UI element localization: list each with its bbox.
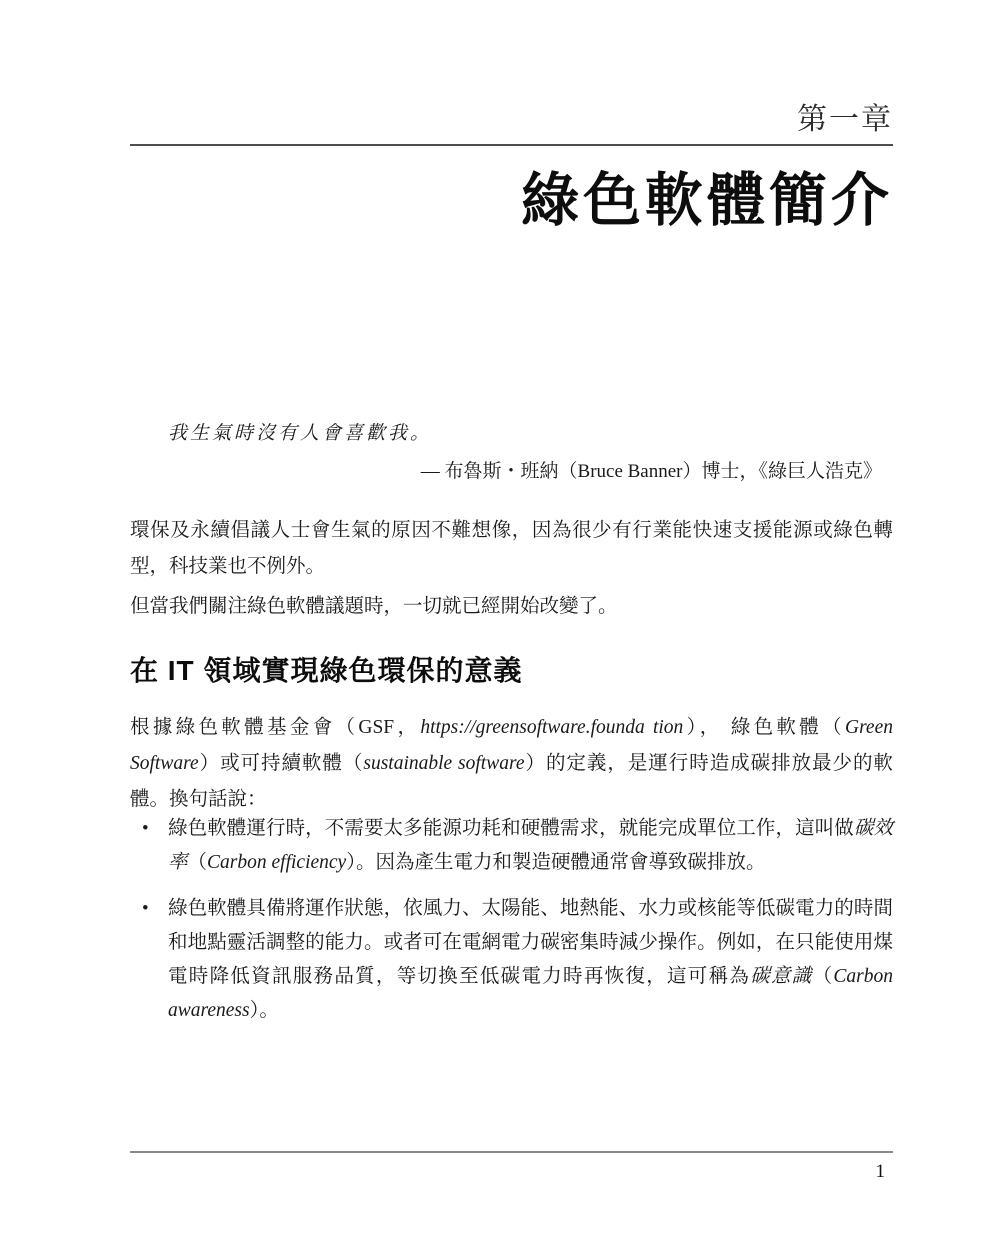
bullet1-text-tail: ）。因為產生電力和製造硬體通常會導致碳排放。 xyxy=(346,852,765,873)
definition-text-mid-2: ）或可持續軟體（ xyxy=(199,753,364,774)
bullet-carbon-awareness: •綠色軟體具備將運作狀態，依風力、太陽能、地熱能、水力或核能等低碳電力的時間和地… xyxy=(130,892,893,1028)
section-heading: 在 IT 領域實現綠色環保的意義 xyxy=(130,652,893,690)
definition-paragraph: 根據綠色軟體基金會（GSF，https://greensoftware.foun… xyxy=(130,710,893,818)
page-number: 1 xyxy=(130,1159,885,1185)
bullet2-text-tail: ）。 xyxy=(250,1000,279,1021)
bullet-icon: • xyxy=(142,892,149,926)
header-rule xyxy=(130,144,893,146)
epigraph-quote: 我生氣時沒有人會喜歡我。 xyxy=(168,420,893,448)
sustainable-software-term: sustainable software xyxy=(363,753,524,774)
bullet1-text-lead: 綠色軟體運行時，不需要太多能源功耗和硬體需求，就能完成單位工作，這叫做 xyxy=(168,818,854,839)
intro-paragraph-1: 環保及永續倡議人士會生氣的原因不難想像，因為很少有行業能快速支援能源或綠色轉型，… xyxy=(130,513,893,585)
bullet-carbon-efficiency: •綠色軟體運行時，不需要太多能源功耗和硬體需求，就能完成單位工作，這叫做碳效率（… xyxy=(130,812,893,880)
bullet2-paren-open: （ xyxy=(813,966,834,987)
chapter-title: 綠色軟體簡介 xyxy=(130,168,893,234)
book-page: 第一章 綠色軟體簡介 我生氣時沒有人會喜歡我。 — 布魯斯・班納（Bruce B… xyxy=(0,0,1000,1243)
epigraph-attribution: — 布魯斯・班納（Bruce Banner）博士，《綠巨人浩克》 xyxy=(130,458,882,486)
carbon-efficiency-term-en: Carbon efficiency xyxy=(207,852,346,873)
gsf-url-text: https://greensoftware.founda tion xyxy=(420,717,683,738)
carbon-awareness-term-zh: 碳意識 xyxy=(750,966,812,987)
definition-text-mid-1: ）， 綠色軟體（ xyxy=(683,717,845,738)
bullet1-paren-open: （ xyxy=(188,852,208,873)
chapter-label: 第一章 xyxy=(130,94,893,138)
definition-text-lead: 根據綠色軟體基金會（GSF， xyxy=(130,717,420,738)
intro-paragraph-2: 但當我們關注綠色軟體議題時，一切就已經開始改變了。 xyxy=(130,589,893,625)
bullet-icon: • xyxy=(142,812,149,846)
footer-rule xyxy=(130,1151,893,1153)
definition-bullet-list: •綠色軟體運行時，不需要太多能源功耗和硬體需求，就能完成單位工作，這叫做碳效率（… xyxy=(130,812,893,1040)
